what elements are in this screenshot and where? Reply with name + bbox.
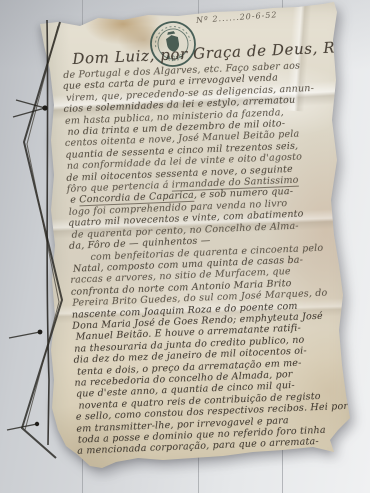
photo-of-manuscript: { "scene": { "surface_color": "#d3d5d8",… — [0, 0, 370, 493]
manuscript-body: de Portugal e dos Algarves, etc. Faço sa… — [62, 59, 351, 457]
manuscript-page: Nº 2......20-6-52 · RÉIS · Dom Luiz, por… — [28, 0, 358, 478]
manuscript-wrapper: Nº 2......20-6-52 · RÉIS · Dom Luiz, por… — [0, 0, 370, 493]
